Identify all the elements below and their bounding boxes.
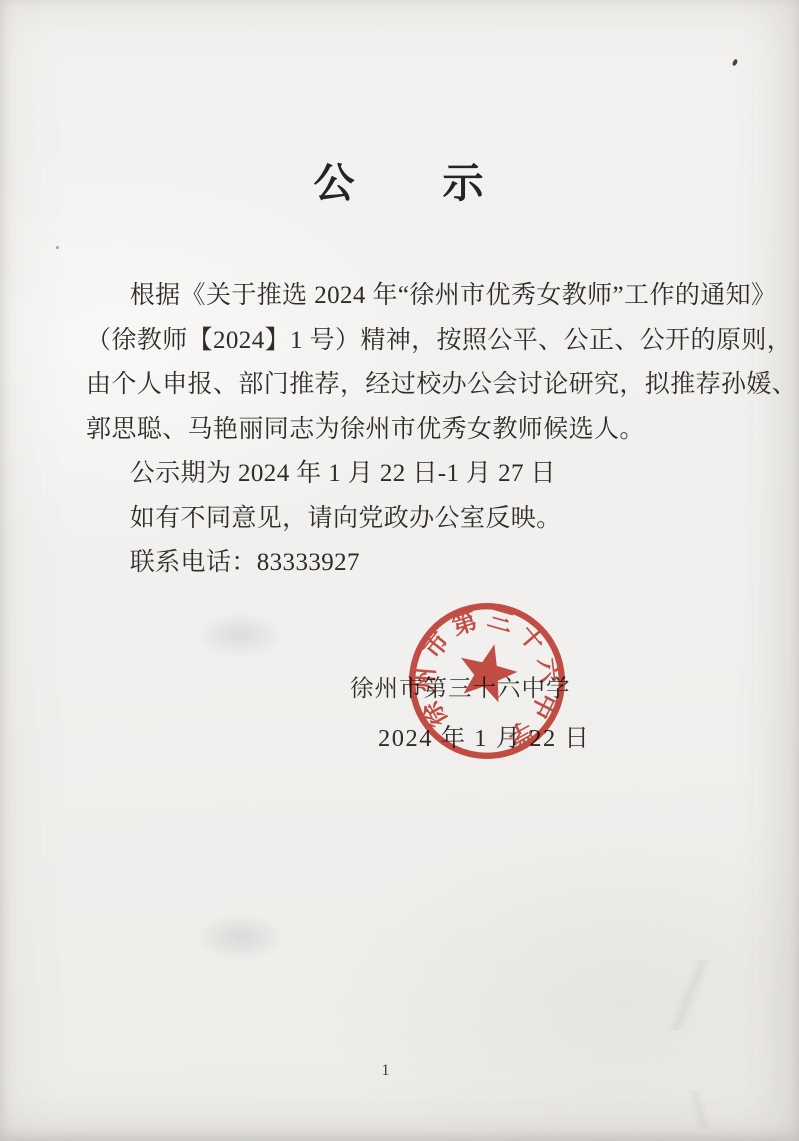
page-number: 1: [0, 1062, 785, 1080]
scanned-notice-page: 公 示 根据《关于推选 2024 年“徐州市优秀女教师”工作的通知》 （徐教师【…: [0, 0, 799, 1141]
scan-speck: [56, 246, 59, 249]
body-line: （徐教师【2024】1 号）精神，按照公平、公正、公开的原则，: [86, 319, 726, 364]
scan-speck: [732, 58, 739, 66]
body-line: 联系电话：83333927: [86, 541, 726, 586]
paper-crease: [580, 960, 799, 1030]
scan-smudge: [196, 914, 284, 960]
body-line: 公示期为 2024 年 1 月 22 日-1 月 27 日: [86, 452, 726, 497]
body-line: 由个人申报、部门推荐，经过校办公会讨论研究，拟推荐孙媛、: [86, 363, 726, 408]
page-title: 公 示: [0, 150, 799, 209]
body-line: 如有不同意见，请向党政办公室反映。: [86, 497, 726, 542]
paper-crease: [600, 1090, 799, 1130]
notice-body: 根据《关于推选 2024 年“徐州市优秀女教师”工作的通知》 （徐教师【2024…: [86, 274, 726, 586]
body-line: 根据《关于推选 2024 年“徐州市优秀女教师”工作的通知》: [86, 274, 726, 319]
body-line: 郭思聪、马艳丽同志为徐州市优秀女教师候选人。: [86, 408, 726, 453]
scan-smudge: [196, 612, 284, 658]
stamp-star-icon: [453, 637, 523, 705]
